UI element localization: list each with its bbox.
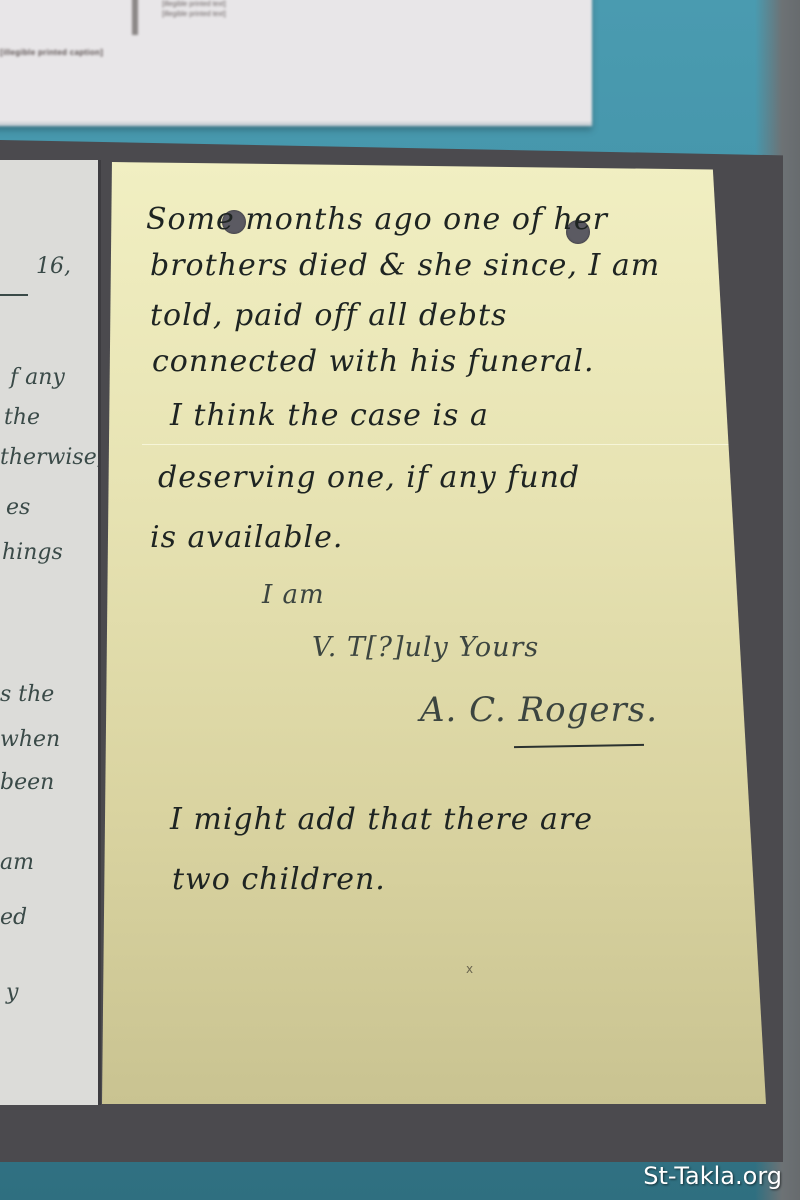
- signature-underline: [514, 744, 644, 748]
- watermark: St-Takla.org: [643, 1162, 782, 1190]
- letter-line: deserving one, if any fund: [158, 460, 580, 495]
- left-letter-fragment: y: [6, 980, 18, 1005]
- postscript-line: two children.: [172, 862, 386, 897]
- letter-line: connected with his funeral.: [152, 344, 595, 379]
- printed-label: [illegible printed text] [illegible prin…: [0, 0, 592, 126]
- letter-line: told, paid off all debts: [150, 298, 507, 333]
- label-caption: [illegible printed caption]: [0, 48, 103, 57]
- letter-line: is available.: [150, 520, 343, 555]
- letter-line: brothers died & she since, I am: [150, 248, 660, 283]
- closing-line: V. T[?]uly Yours: [312, 632, 539, 663]
- label-divider: [132, 0, 138, 35]
- left-letter-fragment: when: [0, 727, 60, 752]
- letter-line: I think the case is a: [170, 398, 489, 433]
- left-letter-fragment: therwise,: [0, 445, 101, 470]
- left-letter-fragment: ed: [0, 905, 27, 930]
- left-letter-fragment: s the: [0, 682, 54, 707]
- fold-crease: [142, 444, 742, 445]
- left-letter-fragment: hings: [2, 540, 63, 565]
- left-letter-fragment: been: [0, 770, 54, 795]
- letter-card: Some months ago one of her brothers died…: [102, 162, 766, 1104]
- label-line: [illegible printed text]: [162, 10, 492, 20]
- closing-line: I am: [262, 580, 325, 610]
- signature: A. C. Rogers.: [420, 690, 658, 730]
- letter-line: Some months ago one of her: [146, 202, 608, 237]
- postscript-line: I might add that there are: [170, 802, 593, 837]
- label-paragraph: [illegible printed text] [illegible prin…: [162, 0, 492, 20]
- left-letter-fragment: f any: [10, 365, 65, 390]
- label-line: [illegible printed text]: [162, 0, 492, 10]
- left-letter-fragment: es: [6, 495, 30, 520]
- stray-mark: x: [466, 962, 473, 976]
- date-underline: [0, 294, 28, 296]
- left-letter-fragment: the: [4, 405, 40, 430]
- left-letter-fragment: am: [0, 850, 34, 875]
- left-letter-date: 16,: [36, 254, 71, 279]
- left-letter-page: 16, f any the therwise, es hings s the w…: [0, 160, 101, 1105]
